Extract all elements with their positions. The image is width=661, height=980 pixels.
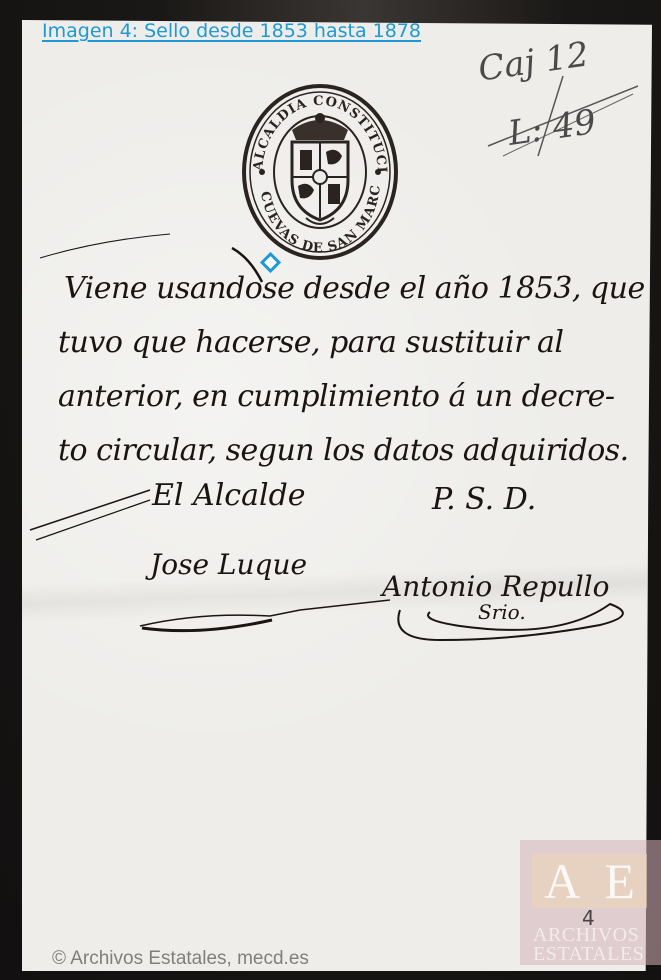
ae-logo-icon: A E xyxy=(532,854,647,908)
signature-rubric-text: Srio. xyxy=(478,600,526,624)
archivos-estatales-watermark: A E ARCHIVOS ESTATALES xyxy=(520,840,661,965)
signature-alcalde: El Alcalde xyxy=(152,478,306,513)
signature-left: Jose Luque xyxy=(150,548,307,581)
copyright-notice: © Archivos Estatales, mecd.es xyxy=(52,948,309,970)
signature-right: Antonio Repullo xyxy=(382,570,610,603)
pencil-page-number: 4 xyxy=(582,906,595,930)
signature-psd: P. S. D. xyxy=(432,482,536,517)
pen-flourish-icon xyxy=(0,0,661,980)
signature-block: El Alcalde P. S. D. Jose Luque Antonio R… xyxy=(0,0,661,980)
watermark-line2: ESTATALES xyxy=(533,943,661,966)
